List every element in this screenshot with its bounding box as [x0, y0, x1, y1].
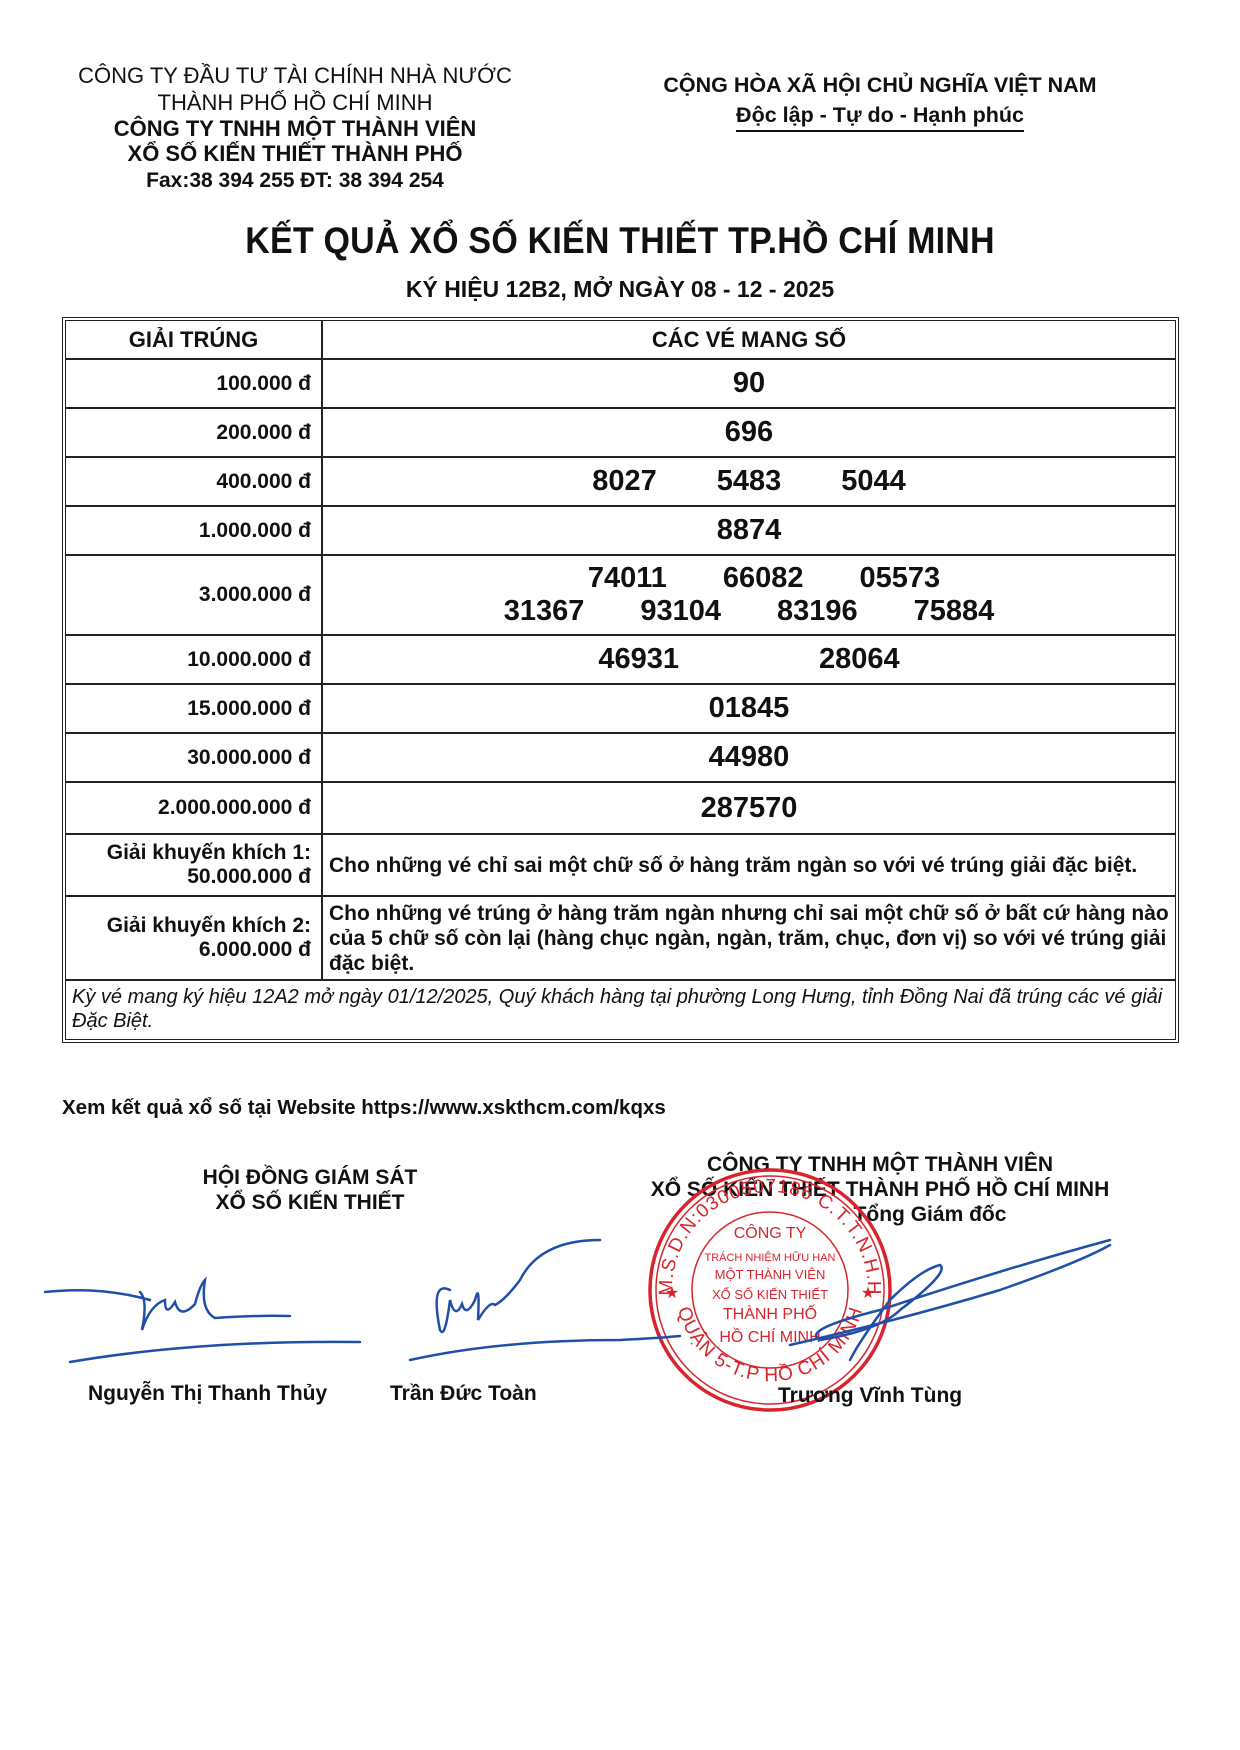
company-contact: Fax:38 394 255 ĐT: 38 394 254 [50, 166, 540, 196]
winning-number: 75884 [914, 595, 995, 628]
parent-company-line1: CÔNG TY ĐẦU TƯ TÀI CHÍNH NHÀ NƯỚC [50, 62, 540, 89]
winning-number: 31367 [504, 595, 585, 628]
winning-number: 83196 [777, 595, 858, 628]
parent-company-line2: THÀNH PHỐ HỒ CHÍ MINH [50, 89, 540, 116]
winning-number: 01845 [709, 692, 790, 725]
table-row: 30.000.000 đ 44980 [66, 733, 1175, 782]
column-header-prize: GIẢI TRÚNG [66, 321, 322, 359]
national-motto: Độc lập - Tự do - Hạnh phúc [736, 100, 1024, 132]
svg-text:HỒ CHÍ MINH: HỒ CHÍ MINH [719, 1327, 820, 1346]
supervisory-council-title: HỘI ĐỒNG GIÁM SÁT XỔ SỐ KIẾN THIẾT [175, 1165, 445, 1215]
prize-amount: 15.000.000 đ [66, 684, 322, 733]
previous-draw-note-row: Kỳ vé mang ký hiệu 12A2 mở ngày 01/12/20… [66, 980, 1175, 1039]
svg-text:★: ★ [861, 1285, 875, 1302]
winning-number: 44980 [709, 741, 790, 774]
svg-text:MỘT THÀNH VIÊN: MỘT THÀNH VIÊN [715, 1267, 826, 1282]
draw-subtitle: KÝ HIỆU 12B2, MỞ NGÀY 08 - 12 - 2025 [0, 276, 1240, 303]
company-signatory-title: CÔNG TY TNHH MỘT THÀNH VIÊN XỔ SỐ KIẾN T… [610, 1152, 1150, 1227]
winning-number: 46931 [598, 643, 679, 676]
website-line: Xem kết quả xổ số tại Website https://ww… [62, 1096, 666, 1120]
council-title-line1: HỘI ĐỒNG GIÁM SÁT [175, 1165, 445, 1190]
signatory-title-line1: CÔNG TY TNHH MỘT THÀNH VIÊN [610, 1152, 1150, 1177]
special-prize-number: 287570 [701, 792, 798, 825]
table-row: 400.000 đ 8027 5483 5044 [66, 457, 1175, 506]
winning-number: 90 [733, 367, 765, 400]
table-row: 15.000.000 đ 01845 [66, 684, 1175, 733]
national-header: CỘNG HÒA XÃ HỘI CHỦ NGHĨA VIỆT NAM Độc l… [620, 70, 1140, 132]
prize-amount: 10.000.000 đ [66, 635, 322, 684]
issuer-header: CÔNG TY ĐẦU TƯ TÀI CHÍNH NHÀ NƯỚC THÀNH … [50, 62, 540, 196]
consolation-amount: 6.000.000 đ [66, 938, 311, 962]
prize-amount: 200.000 đ [66, 408, 322, 457]
winning-number: 8027 [592, 465, 657, 498]
winning-number: 74011 [588, 562, 667, 595]
prize-amount: 30.000.000 đ [66, 733, 322, 782]
winning-number: 05573 [860, 562, 941, 595]
table-row: 1.000.000 đ 8874 [66, 506, 1175, 555]
svg-text:★: ★ [665, 1285, 679, 1302]
consolation-prize-row: Giải khuyến khích 2: 6.000.000 đ Cho nhữ… [66, 896, 1175, 980]
signature-1-icon [45, 1280, 360, 1362]
column-header-numbers: CÁC VÉ MANG SỐ [322, 321, 1175, 359]
company-line2: XỔ SỐ KIẾN THIẾT THÀNH PHỐ [50, 141, 540, 166]
signature-3-icon [790, 1240, 1110, 1360]
consolation-label: Giải khuyến khích 1: [66, 841, 311, 865]
company-line1: CÔNG TY TNHH MỘT THÀNH VIÊN [50, 116, 540, 141]
consolation-description: Cho những vé trúng ở hàng trăm ngàn nhưn… [322, 896, 1175, 980]
table-row: 10.000.000 đ 46931 28064 [66, 635, 1175, 684]
winning-number: 696 [725, 416, 773, 449]
winning-number: 5044 [841, 465, 906, 498]
prize-amount: 100.000 đ [66, 359, 322, 408]
prize-amount: 400.000 đ [66, 457, 322, 506]
prize-amount: 2.000.000.000 đ [66, 782, 322, 834]
signatory-name-1: Nguyễn Thị Thanh Thủy [88, 1382, 327, 1406]
winning-number: 93104 [640, 595, 721, 628]
page-title: KẾT QUẢ XỔ SỐ KIẾN THIẾT TP.HỒ CHÍ MINH [0, 220, 1240, 262]
results-table: GIẢI TRÚNG CÁC VÉ MANG SỐ 100.000 đ 90 2… [62, 317, 1179, 1043]
nation-name: CỘNG HÒA XÃ HỘI CHỦ NGHĨA VIỆT NAM [620, 70, 1140, 100]
table-row: 200.000 đ 696 [66, 408, 1175, 457]
winning-number: 28064 [819, 643, 900, 676]
signatory-title-line2: XỔ SỐ KIẾN THIẾT THÀNH PHỐ HỒ CHÍ MINH [610, 1177, 1150, 1202]
prize-amount: 1.000.000 đ [66, 506, 322, 555]
previous-draw-note: Kỳ vé mang ký hiệu 12A2 mở ngày 01/12/20… [66, 980, 1175, 1039]
table-row-special-prize: 2.000.000.000 đ 287570 [66, 782, 1175, 834]
signatory-name-2: Trần Đức Toàn [390, 1382, 537, 1406]
table-header: GIẢI TRÚNG CÁC VÉ MANG SỐ [66, 321, 1175, 359]
svg-text:THÀNH PHỐ: THÀNH PHỐ [723, 1303, 817, 1323]
council-title-line2: XỔ SỐ KIẾN THIẾT [175, 1190, 445, 1215]
prize-amount: 3.000.000 đ [66, 555, 322, 635]
svg-text:XỔ SỐ KIẾN THIẾT: XỔ SỐ KIẾN THIẾT [712, 1287, 828, 1302]
winning-number: 8874 [717, 514, 782, 547]
signatory-position: Tổng Giám đốc [610, 1202, 1150, 1227]
winning-number: 5483 [717, 465, 782, 498]
signature-2-icon [410, 1240, 680, 1360]
table-row: 3.000.000 đ 74011 66082 05573 31367 9310… [66, 555, 1175, 635]
signatory-name-3: Trương Vĩnh Tùng [778, 1384, 962, 1408]
consolation-amount: 50.000.000 đ [66, 865, 311, 889]
consolation-prize-row: Giải khuyến khích 1: 50.000.000 đ Cho nh… [66, 834, 1175, 896]
table-row: 100.000 đ 90 [66, 359, 1175, 408]
consolation-label: Giải khuyến khích 2: [66, 914, 311, 938]
winning-number: 66082 [723, 562, 804, 595]
svg-text:QUẬN 5-T.P HỒ CHÍ MINH: QUẬN 5-T.P HỒ CHÍ MINH [673, 1304, 867, 1386]
consolation-description: Cho những vé chỉ sai một chữ số ở hàng t… [322, 834, 1175, 896]
svg-text:TRÁCH NHIỆM HỮU HẠN: TRÁCH NHIỆM HỮU HẠN [704, 1251, 835, 1264]
